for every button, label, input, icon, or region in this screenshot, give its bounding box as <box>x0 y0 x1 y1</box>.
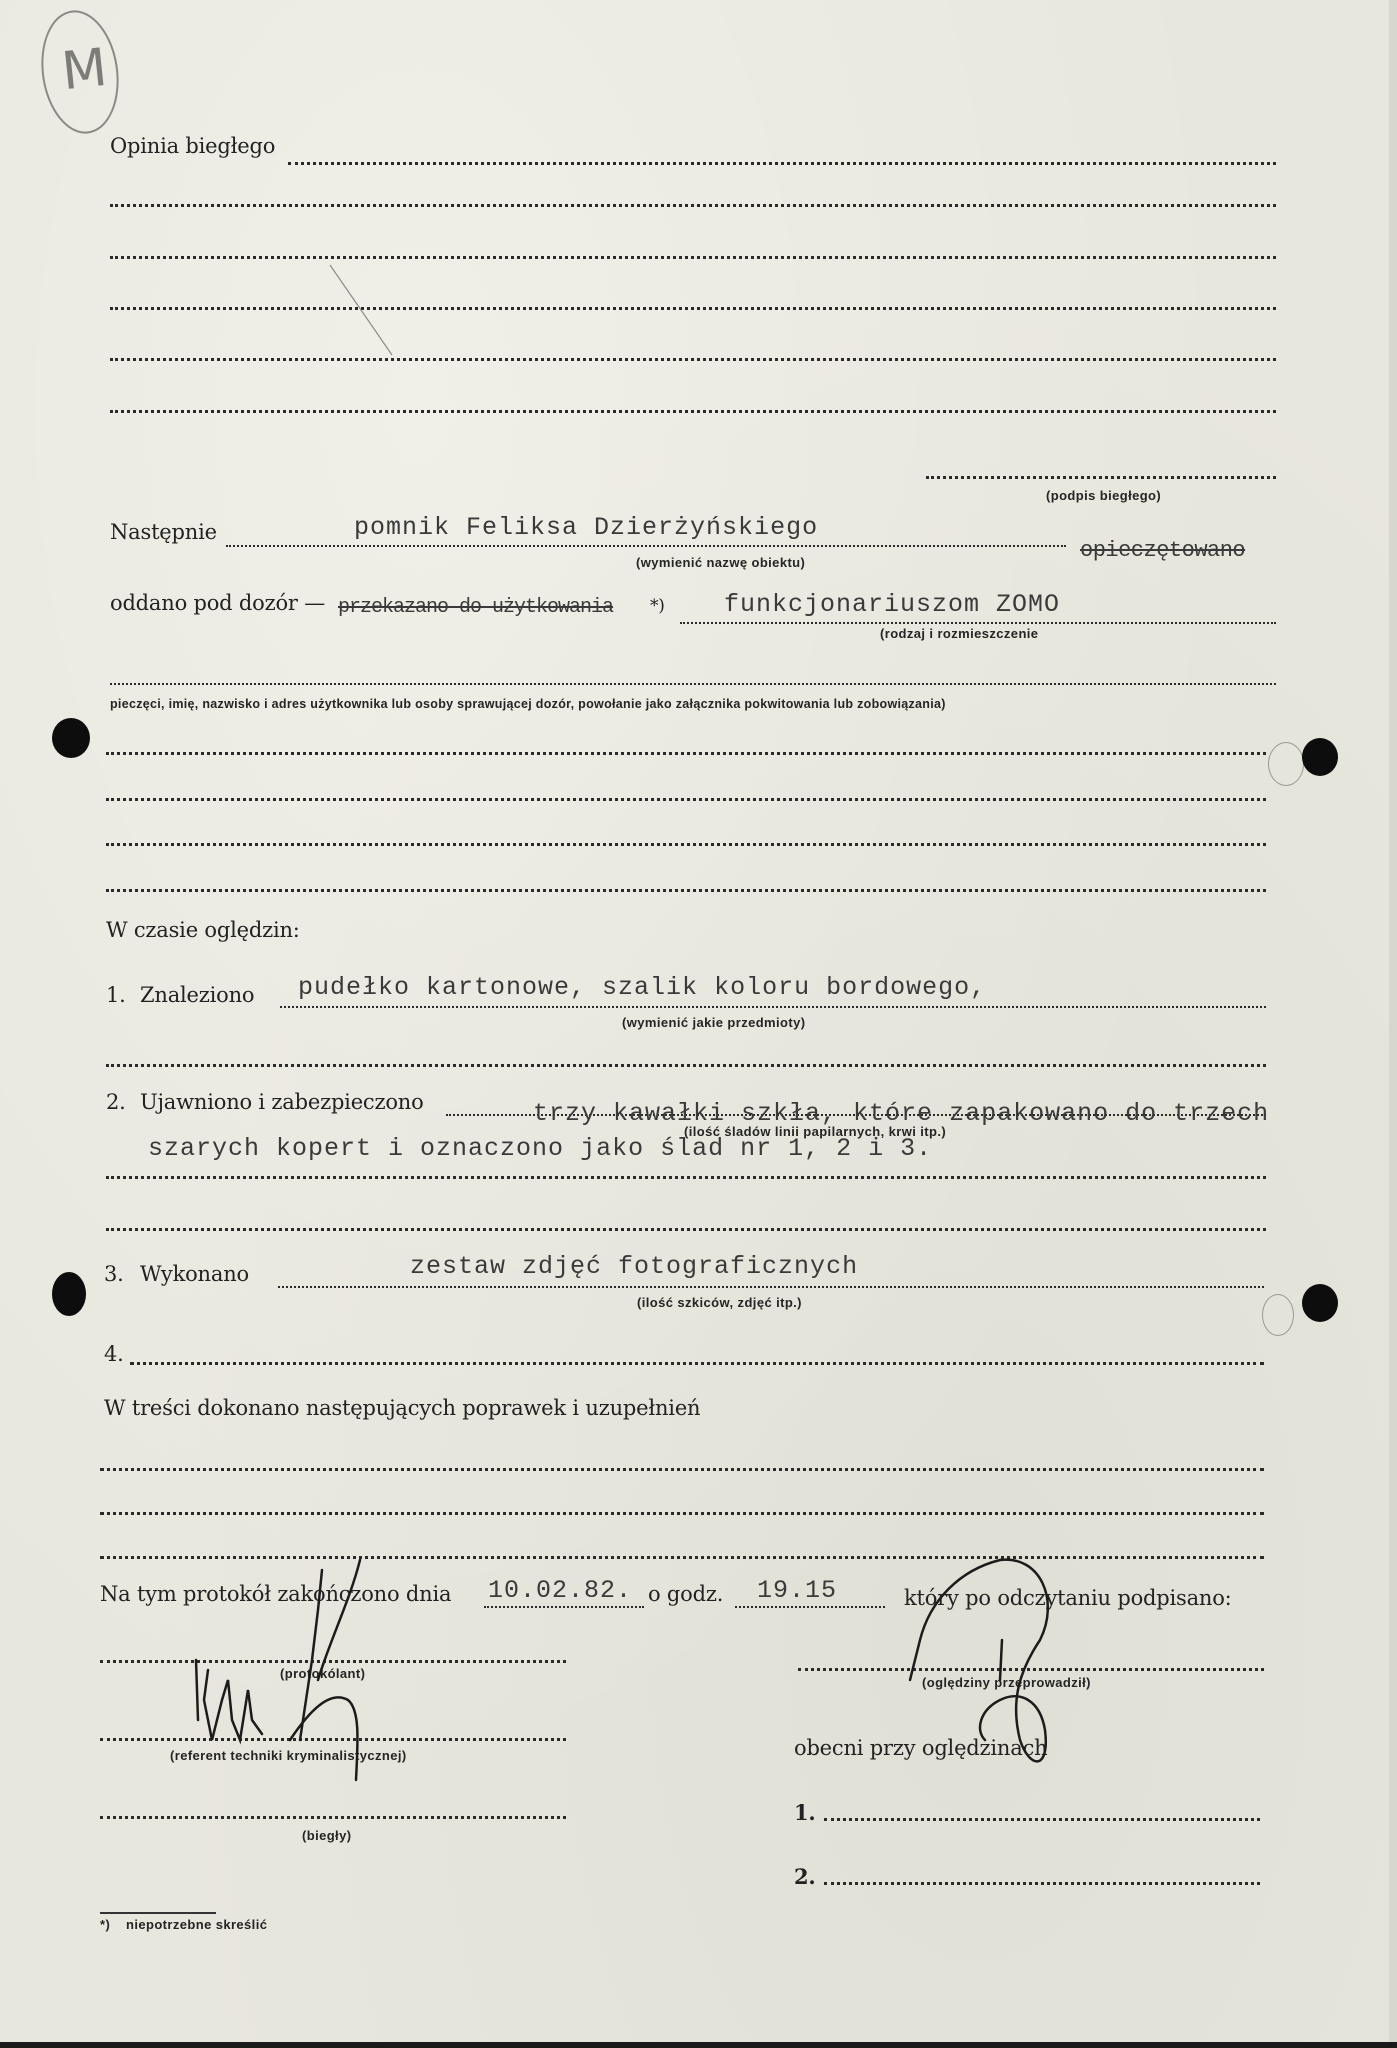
signature-recorder-forensic <box>0 0 1397 2048</box>
document-page: M Opinia biegłego (podpis biegłego) Nast… <box>0 0 1397 2048</box>
